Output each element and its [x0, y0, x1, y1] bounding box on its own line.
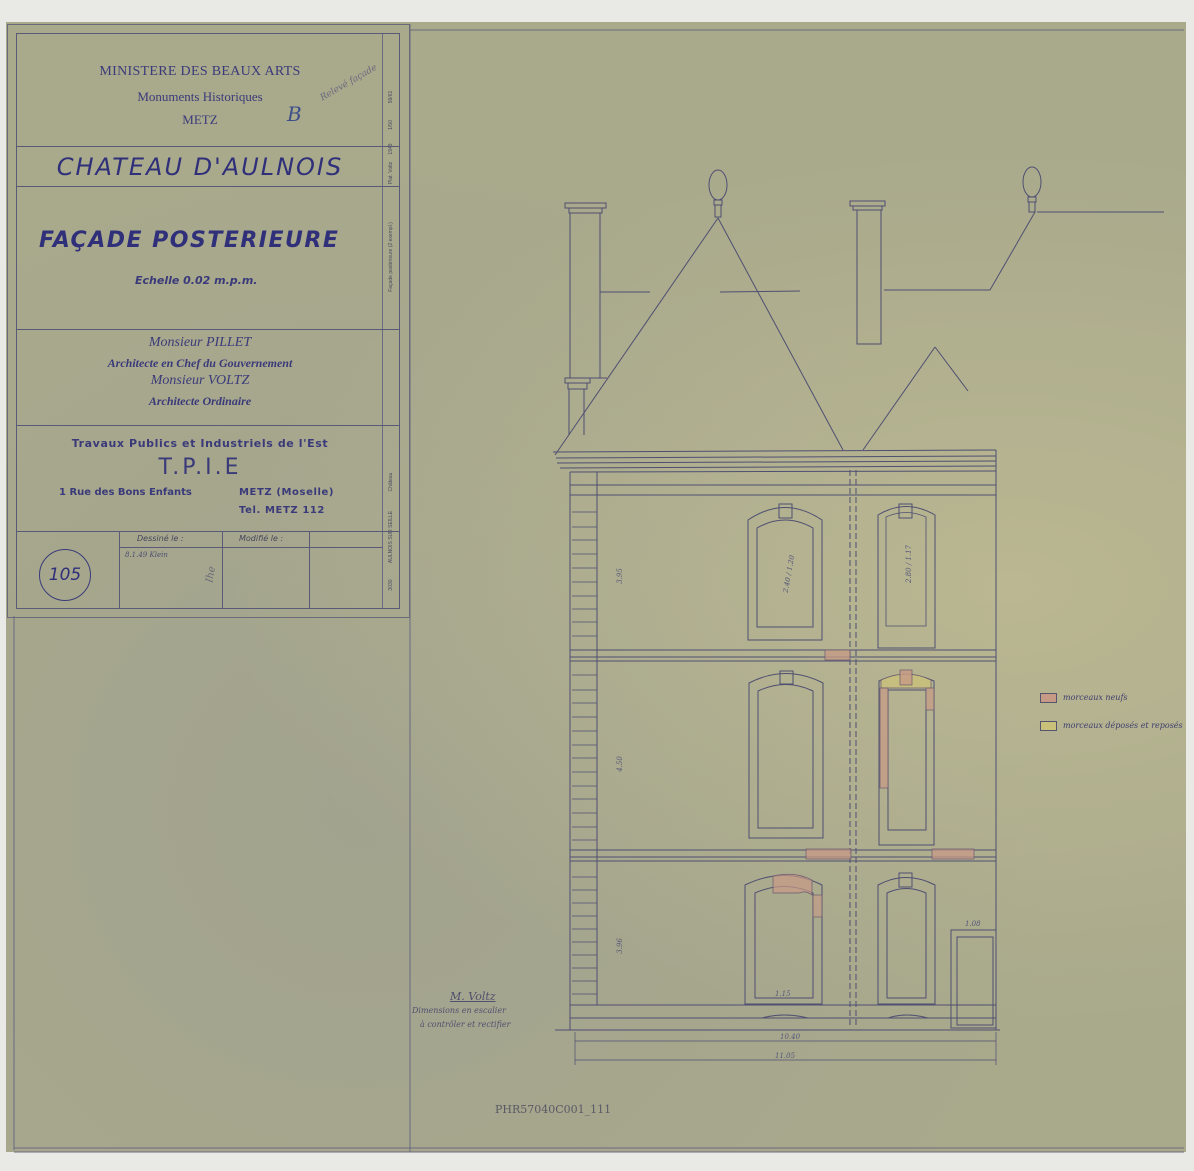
city-name: METZ — [17, 112, 383, 128]
partial-width-dimension: 10.40 — [780, 1033, 800, 1041]
upper-floor-height: 3.95 — [616, 568, 624, 584]
legend-label: morceaux déposés et reposés — [1063, 721, 1183, 730]
legend-item-new-pieces: morceaux neufs — [1040, 693, 1128, 703]
title-block-frame: 59/61 1/50 1949 Plat. Voltz Façade posté… — [16, 33, 400, 609]
small-door-dimension: 1.08 — [965, 920, 981, 928]
middle-floor-height: 4.50 — [616, 756, 624, 772]
contractor-section: Travaux Publics et Industriels de l'Est … — [17, 425, 399, 532]
annotation-line-2: à contrôler et rectifier — [420, 1020, 510, 1029]
building-name: CHATEAU D'AULNOIS — [17, 153, 383, 181]
ordinary-architect-role: Architecte Ordinaire — [17, 394, 383, 409]
initials: Ihe — [204, 566, 218, 584]
legend-item-reused-pieces: morceaux déposés et reposés — [1040, 721, 1183, 731]
ministry-section: MINISTERE DES BEAUX ARTS Monuments Histo… — [17, 34, 399, 147]
annotation-letter: B — [287, 102, 302, 126]
legend-label: morceaux neufs — [1063, 693, 1128, 702]
door-width-dimension: 1.15 — [775, 990, 791, 998]
contractor-address: 1 Rue des Bons Enfants — [59, 487, 192, 498]
modified-date-label: Modifié le : — [239, 534, 283, 543]
archive-ref: 3030 — [388, 579, 394, 590]
revision-grid: 105 Dessiné le : Modifié le : 8.1.49 Kle… — [17, 531, 383, 608]
chief-architect-name: Monsieur PILLET — [17, 335, 383, 351]
reused-pieces-swatch — [1040, 721, 1057, 731]
drawing-scale: Echelle 0.02 m.p.m. — [135, 274, 257, 287]
contractor-phone: Tel. METZ 112 — [239, 505, 325, 516]
ministry-name: MINISTERE DES BEAUX ARTS — [17, 64, 383, 80]
annotation-line-1: Dimensions en escalier — [412, 1006, 506, 1015]
ordinary-architect-name: Monsieur VOLTZ — [17, 373, 383, 389]
contractor-abbreviation: T.P.I.E — [17, 455, 383, 480]
drawing-title: FAÇADE POSTERIEURE — [39, 228, 339, 253]
signature-note: M. Voltz — [450, 990, 496, 1003]
drawing-title-section: FAÇADE POSTERIEURE Echelle 0.02 m.p.m. — [17, 186, 399, 330]
new-pieces-swatch — [1040, 693, 1057, 703]
drawn-date-label: Dessiné le : — [137, 534, 184, 543]
contractor-full-name: Travaux Publics et Industriels de l'Est — [17, 437, 383, 450]
ground-floor-height: 3.96 — [616, 938, 624, 954]
building-section: CHATEAU D'AULNOIS — [17, 146, 399, 187]
architects-section: Monsieur PILLET Architecte en Chef du Go… — [17, 329, 399, 426]
sheet-number: 105 — [39, 549, 91, 601]
total-width-dimension: 11.05 — [775, 1052, 795, 1060]
upper-right-window-dimension: 2.80 / 1.17 — [905, 545, 913, 583]
title-block: 59/61 1/50 1949 Plat. Voltz Façade posté… — [7, 24, 410, 618]
contractor-city: METZ (Moselle) — [239, 487, 334, 498]
archive-reference: PHR57040C001_111 — [495, 1103, 611, 1116]
drawn-date-value: 8.1.49 Klein — [125, 551, 168, 559]
chief-architect-role: Architecte en Chef du Gouvernement — [17, 356, 383, 371]
